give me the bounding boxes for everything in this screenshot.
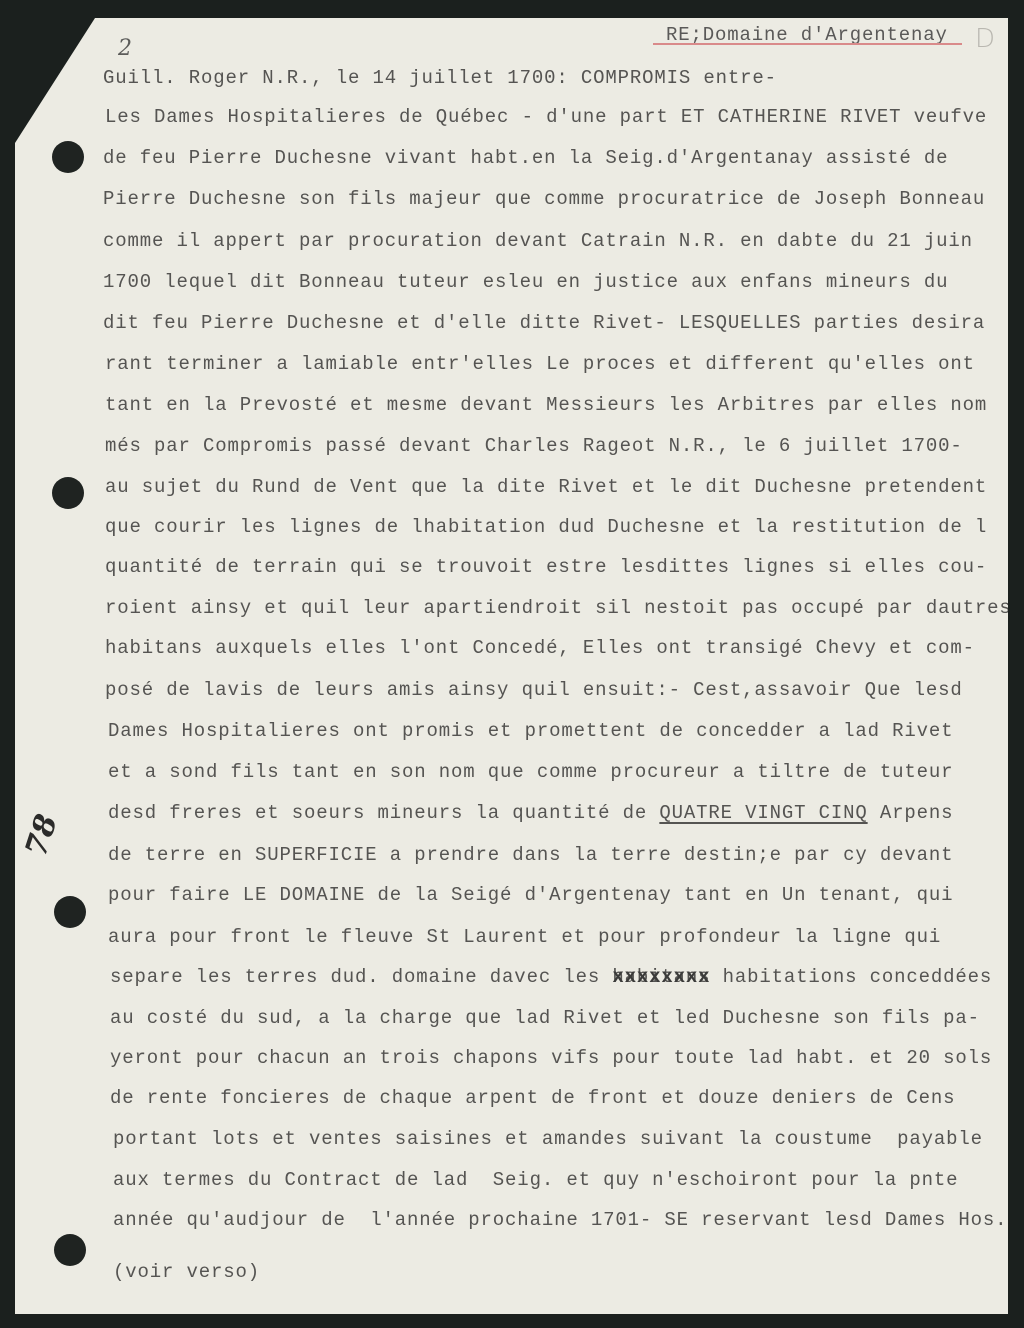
text-line: 1700 lequel dit Bonneau tuteur esleu en …: [103, 271, 948, 293]
text-line: portant lots et ventes saisines et amand…: [113, 1128, 983, 1150]
margin-mark-top-right: D: [975, 24, 995, 54]
text-line: de feu Pierre Duchesne vivant habt.en la…: [103, 147, 948, 169]
text-line: posé de lavis de leurs amis ainsy quil e…: [105, 679, 963, 701]
punch-hole: [54, 896, 86, 928]
text-line: Dames Hospitalieres ont promis et promet…: [108, 720, 953, 742]
margin-mark-left: 78: [19, 810, 65, 861]
text-segment: separe les terres dud. domaine davec les: [110, 966, 612, 988]
text-line: au costé du sud, a la charge que lad Riv…: [110, 1007, 980, 1029]
text-line: au sujet du Rund de Vent que la dite Riv…: [105, 476, 987, 498]
text-line: de terre en SUPERFICIE a prendre dans la…: [108, 844, 953, 866]
handwritten-page-number: 2: [118, 36, 132, 61]
text-line: Pierre Duchesne son fils majeur que comm…: [103, 188, 985, 210]
text-line: yeront pour chacun an trois chapons vifs…: [110, 1047, 992, 1069]
text-line: Les Dames Hospitalieres de Québec - d'un…: [105, 106, 987, 128]
underlined-quantity: QUATRE VINGT CINQ: [659, 802, 867, 824]
text-line: année qu'audjour de l'année prochaine 17…: [113, 1209, 1007, 1231]
text-line: més par Compromis passé devant Charles R…: [105, 435, 963, 457]
punch-hole: [54, 1234, 86, 1266]
text-line: de rente foncieres de chaque arpent de f…: [110, 1087, 955, 1109]
text-line: habitans auxquels elles l'ont Concedé, E…: [105, 637, 975, 659]
punch-hole: [52, 477, 84, 509]
text-line: aura pour front le fleuve St Laurent et …: [108, 926, 941, 948]
text-segment: Arpens: [868, 802, 954, 824]
text-line: roient ainsy et quil leur apartiendroit …: [105, 597, 1008, 619]
text-line: dit feu Pierre Duchesne et d'elle ditte …: [103, 312, 985, 334]
text-line: rant terminer a lamiable entr'elles Le p…: [105, 353, 975, 375]
text-line: Guill. Roger N.R., le 14 juillet 1700: C…: [103, 67, 777, 89]
text-segment: habitations conceddées: [710, 966, 992, 988]
text-line: pour faire LE DOMAINE de la Seigé d'Arge…: [108, 884, 953, 906]
text-line: comme il appert par procuration devant C…: [103, 230, 973, 252]
struck-out-word: habitansxxxxxxxx: [612, 966, 710, 988]
header-underline: [653, 43, 962, 45]
text-line: quantité de terrain qui se trouvoit estr…: [105, 556, 987, 578]
overstrike-marks: xxxxxxxx: [612, 966, 710, 988]
document-page: 2 RE;Domaine d'Argentenay D 78 Guill. Ro…: [15, 18, 1008, 1314]
text-line: tant en la Prevosté et mesme devant Mess…: [105, 394, 987, 416]
text-segment: desd freres et soeurs mineurs la quantit…: [108, 802, 659, 824]
text-line: desd freres et soeurs mineurs la quantit…: [108, 802, 953, 824]
footer-note: (voir verso): [113, 1261, 260, 1283]
text-line: aux termes du Contract de lad Seig. et q…: [113, 1169, 958, 1191]
punch-hole: [52, 141, 84, 173]
text-line: que courir les lignes de lhabitation dud…: [105, 516, 987, 538]
text-line: et a sond fils tant en son nom que comme…: [108, 761, 953, 783]
text-line: separe les terres dud. domaine davec les…: [110, 966, 992, 988]
